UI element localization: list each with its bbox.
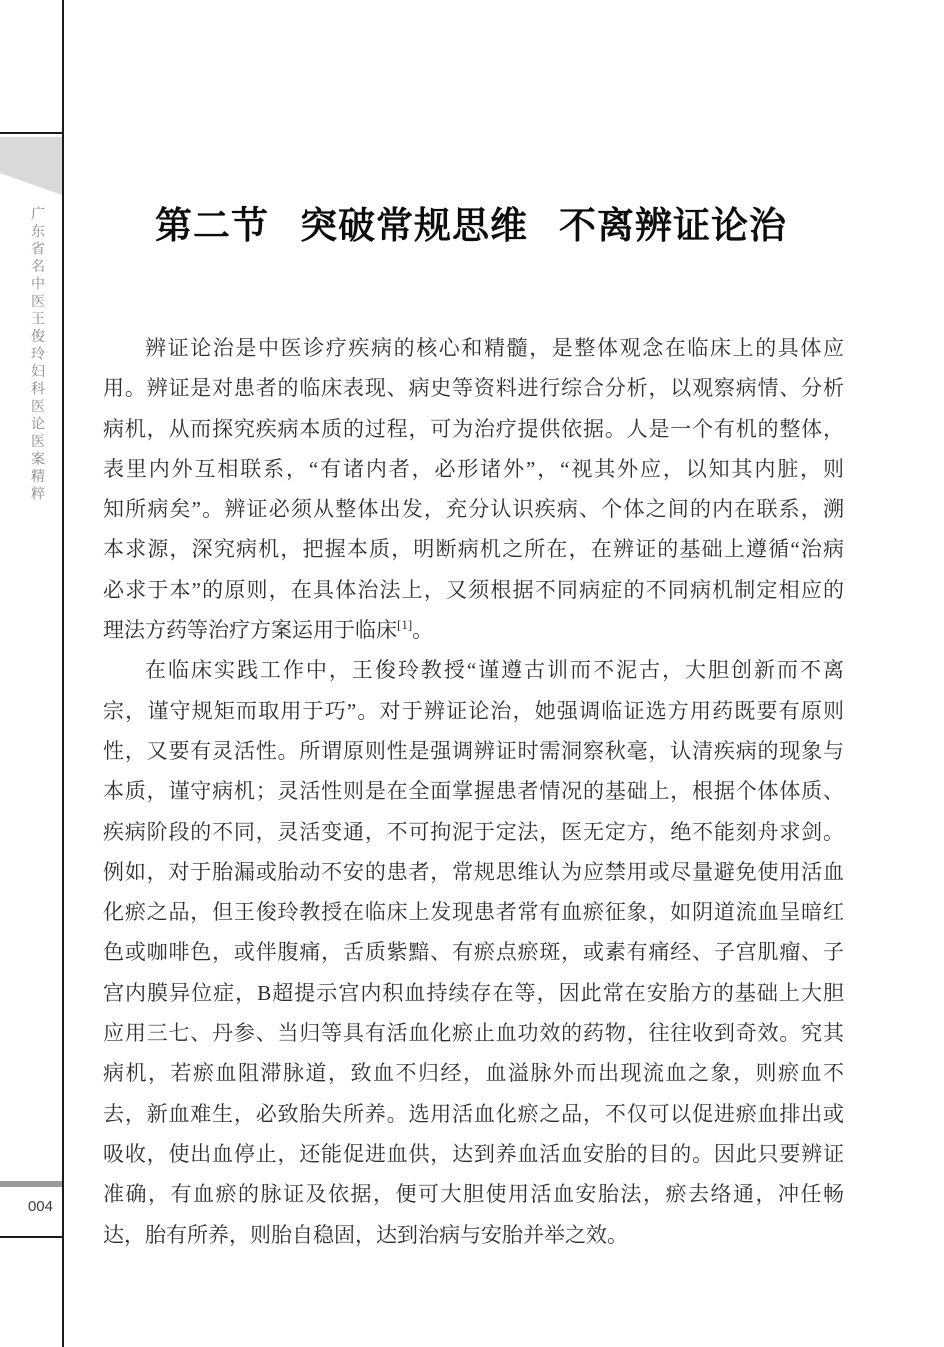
text-line: 辨证论治是中医诊疗疾病的核心和精髓，是整体观念在临床上的具体应	[103, 328, 844, 368]
text-line: 宗，谨守规矩而取用于巧”。对于辨证论治，她强调临证选方用药既要有原则	[103, 691, 844, 731]
text-line: 性，又要有灵活性。所谓原则性是强调辨证时需洞察秋毫，认清疾病的现象与	[103, 731, 844, 771]
text-line: 宫内膜异位症，B超提示宫内积血持续存在等，因此常在安胎方的基础上大胆	[103, 973, 844, 1013]
paragraph: 在临床实践工作中，王俊玲教授“谨遵古训而不泥古，大胆创新而不离宗，谨守规矩而取用…	[103, 650, 844, 1254]
corner-decoration	[0, 137, 62, 195]
text-line: 用。辨证是对患者的临床表现、病史等资料进行综合分析，以观察病情、分析	[103, 368, 844, 408]
footer-gray-bar	[0, 1181, 62, 1187]
text-line: 吸收，使出血停止，还能促进血供，达到养血活血安胎的目的。因此只要辨证	[103, 1134, 844, 1174]
text-line: 表里内外互相联系，“有诸内者，必形诸外”，“视其外应，以知其内脏，则	[103, 449, 844, 489]
text-line: 必求于本”的原则，在具体治法上，又须根据不同病症的不同病机制定相应的	[103, 570, 844, 610]
text-line: 知所病矣”。辨证必须从整体出发，充分认识疾病、个体之间的内在联系，溯	[103, 489, 844, 529]
book-spine-title: 广东省名中医王俊玲妇科医论医案精粹	[26, 206, 46, 504]
paragraph: 辨证论治是中医诊疗疾病的核心和精髓，是整体观念在临床上的具体应用。辨证是对患者的…	[103, 328, 844, 650]
spine-top-rule	[0, 132, 62, 134]
section-title-number: 第二节	[155, 204, 269, 248]
text-line: 应用三七、丹参、当归等具有活血化瘀止血功效的药物，往往收到奇效。究其	[103, 1013, 844, 1053]
section-title: 第二节 突破常规思维 不离辨证论治	[155, 204, 787, 248]
footer-black-rule	[0, 1236, 62, 1238]
text-line: 本质，谨守病机；灵活性则是在全面掌握患者情况的基础上，根据个体体质、	[103, 771, 844, 811]
body-text: 辨证论治是中医诊疗疾病的核心和精髓，是整体观念在临床上的具体应用。辨证是对患者的…	[103, 328, 844, 1255]
text-line: 本求源，深究病机，把握本质，明断病机之所在，在辨证的基础上遵循“治病	[103, 529, 844, 569]
text-line: 理法方药等治疗方案运用于临床[1]。	[103, 610, 844, 650]
text-line: 病机，从而探究疾病本质的过程，可为治疗提供依据。人是一个有机的整体，	[103, 409, 844, 449]
text-line: 病机，若瘀血阻滞脉道，致血不归经，血溢脉外而出现流血之象，则瘀血不	[103, 1053, 844, 1093]
text-line: 达，胎有所养，则胎自稳固，达到治病与安胎并举之效。	[103, 1215, 844, 1255]
text-line: 去，新血难生，必致胎失所养。选用活血化瘀之品，不仅可以促进瘀血排出或	[103, 1094, 844, 1134]
section-title-part: 不离辨证论治	[559, 204, 787, 248]
section-title-part: 突破常规思维	[300, 204, 528, 248]
text-line: 疾病阶段的不同，灵活变通，不可拘泥于定法，医无定方，绝不能刻舟求剑。	[103, 812, 844, 852]
text-line: 色或咖啡色，或伴腹痛，舌质紫黯、有瘀点瘀斑，或素有痛经、子宫肌瘤、子	[103, 932, 844, 972]
text-line: 准确，有血瘀的脉证及依据，便可大胆使用活血安胎法，瘀去络通，冲任畅	[103, 1174, 844, 1214]
footnote-ref: [1]	[397, 617, 412, 632]
spine-vertical-rule	[62, 0, 64, 1347]
book-page: 广东省名中医王俊玲妇科医论医案精粹 004 第二节 突破常规思维 不离辨证论治 …	[0, 0, 944, 1347]
text-line: 化瘀之品，但王俊玲教授在临床上发现患者常有血瘀征象，如阴道流血呈暗红	[103, 892, 844, 932]
text-line: 例如，对于胎漏或胎动不安的患者，常规思维认为应禁用或尽量避免使用活血	[103, 852, 844, 892]
text-line: 在临床实践工作中，王俊玲教授“谨遵古训而不泥古，大胆创新而不离	[103, 650, 844, 690]
page-number: 004	[0, 1198, 62, 1215]
